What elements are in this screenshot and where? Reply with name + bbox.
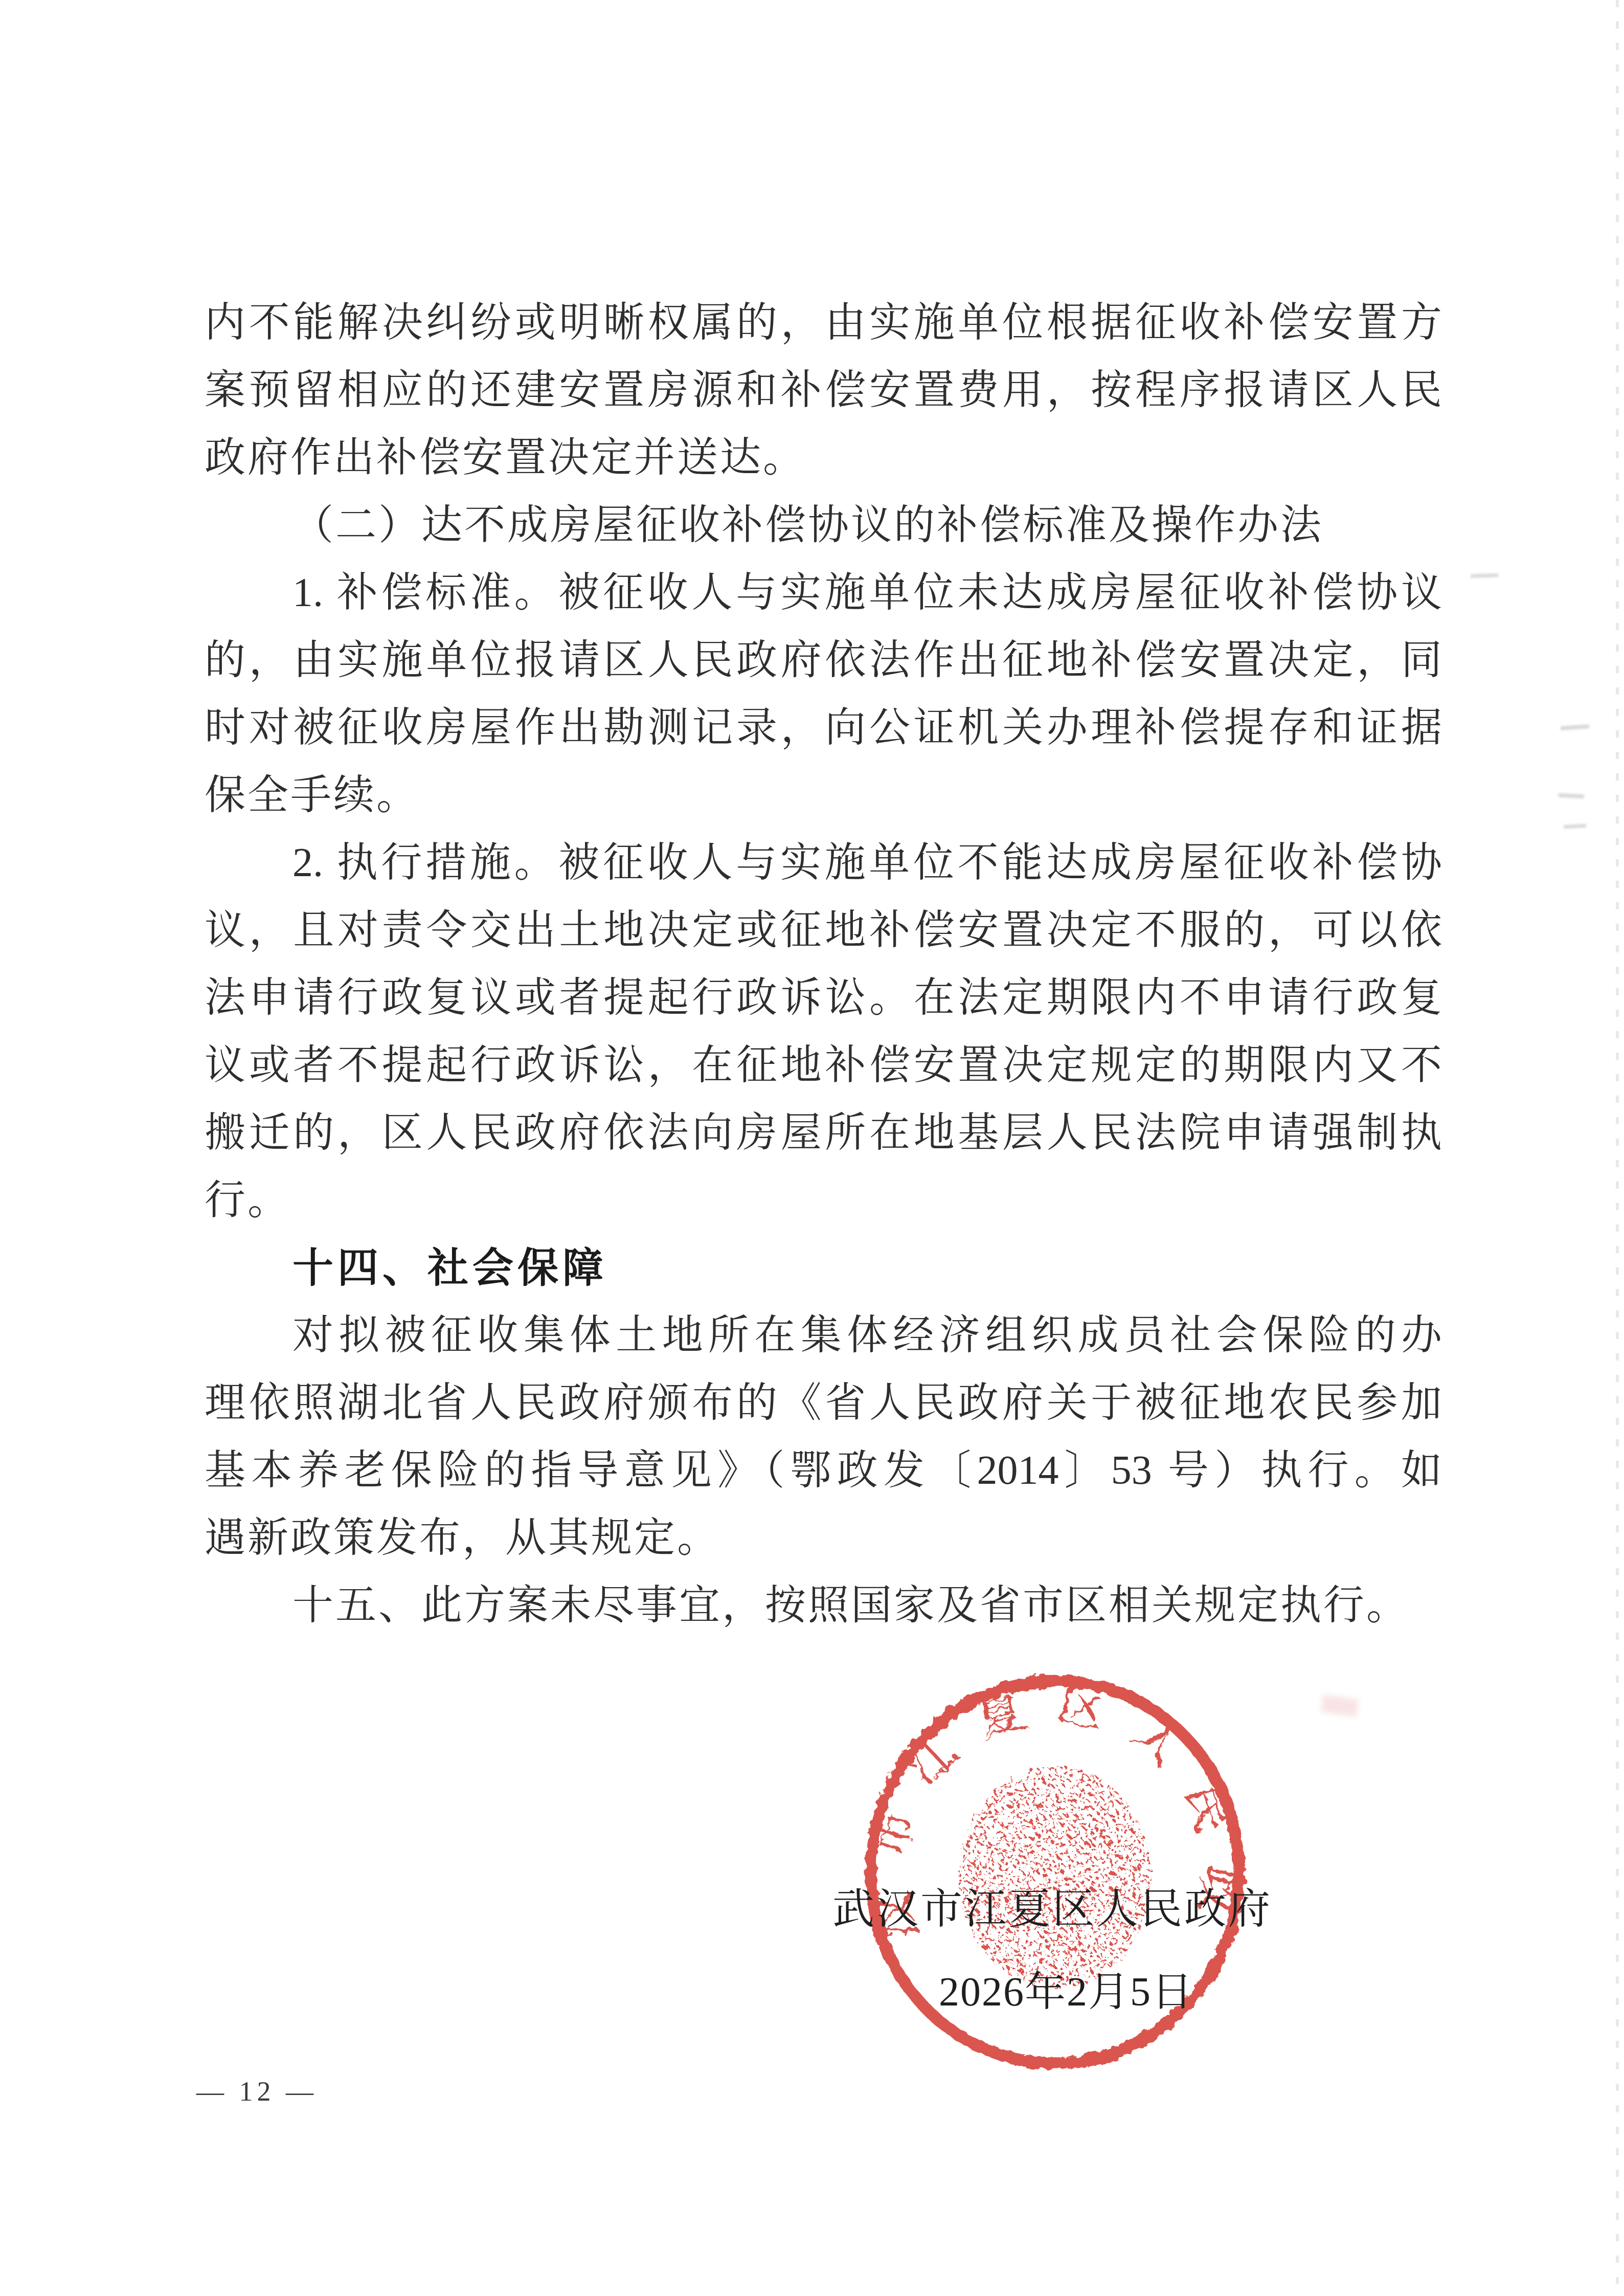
body-line-3: 政府作出补偿安置决定并送达。 bbox=[205, 424, 1442, 492]
body-line-8: 保全手续。 bbox=[205, 762, 1442, 829]
issuer-signature: 武汉市江夏区人民政府 bbox=[832, 1886, 1272, 1932]
body-line-6: 的，由实施单位报请区人民政府依法作出征地补偿安置决定，同 bbox=[205, 627, 1442, 694]
document-page: 内不能解决纠纷或明晰权属的，由实施单位根据征收补偿安置方 案预留相应的还建安置房… bbox=[0, 0, 1624, 2296]
body-line-17: 理依照湖北省人民政府颁布的《省人民政府关于被征地农民参加 bbox=[205, 1369, 1442, 1437]
scan-artifact bbox=[1471, 573, 1498, 578]
body-line-9: 2. 执行措施。被征收人与实施单位不能达成房屋征收补偿协 bbox=[205, 829, 1442, 897]
scan-artifact bbox=[1321, 1695, 1359, 1717]
body-line-19: 遇新政策发布，从其规定。 bbox=[205, 1504, 1442, 1572]
body-line-12: 议或者不提起行政诉讼，在征地补偿安置决定规定的期限内又不 bbox=[205, 1032, 1442, 1099]
body-line-18: 基本养老保险的指导意见》（鄂政发〔2014〕53 号）执行。如 bbox=[205, 1437, 1442, 1504]
body-line-7: 时对被征收房屋作出勘测记录，向公证机关办理补偿提存和证据 bbox=[205, 694, 1442, 762]
body-line-2: 案预留相应的还建安置房源和补偿安置费用，按程序报请区人民 bbox=[205, 356, 1442, 424]
body-line-10: 议，且对责令交出土地决定或征地补偿安置决定不服的，可以依 bbox=[205, 897, 1442, 964]
body-line-16: 对拟被征收集体土地所在集体经济组织成员社会保险的办 bbox=[205, 1302, 1442, 1369]
section-heading-14: 十四、社会保障 bbox=[205, 1234, 1442, 1302]
body-line-1: 内不能解决纠纷或明晰权属的，由实施单位根据征收补偿安置方 bbox=[205, 289, 1442, 356]
body-line-13: 搬迁的，区人民政府依法向房屋所在地基层人民法院申请强制执 bbox=[205, 1099, 1442, 1167]
subsection-heading-2: （二）达不成房屋征收补偿协议的补偿标准及操作办法 bbox=[205, 492, 1442, 559]
scan-artifact bbox=[1561, 724, 1589, 730]
body-line-5: 1. 补偿标准。被征收人与实施单位未达成房屋征收补偿协议 bbox=[205, 559, 1442, 627]
scan-artifact bbox=[1559, 793, 1584, 799]
body-line-14: 行。 bbox=[205, 1167, 1442, 1234]
issue-date: 2026年2月5日 bbox=[939, 1969, 1193, 2015]
body-text: 内不能解决纠纷或明晰权属的，由实施单位根据征收补偿安置方 案预留相应的还建安置房… bbox=[205, 289, 1442, 1639]
page-number: — 12 — bbox=[196, 2075, 318, 2108]
official-seal: 武汉市江夏区人民政府 bbox=[851, 1657, 1260, 2087]
section-line-15: 十五、此方案未尽事宜，按照国家及省市区相关规定执行。 bbox=[205, 1572, 1442, 1639]
body-line-11: 法申请行政复议或者提起行政诉讼。在法定期限内不申请行政复 bbox=[205, 964, 1442, 1032]
scan-edge-artifact bbox=[1616, 0, 1619, 2296]
scan-artifact bbox=[1564, 824, 1586, 829]
